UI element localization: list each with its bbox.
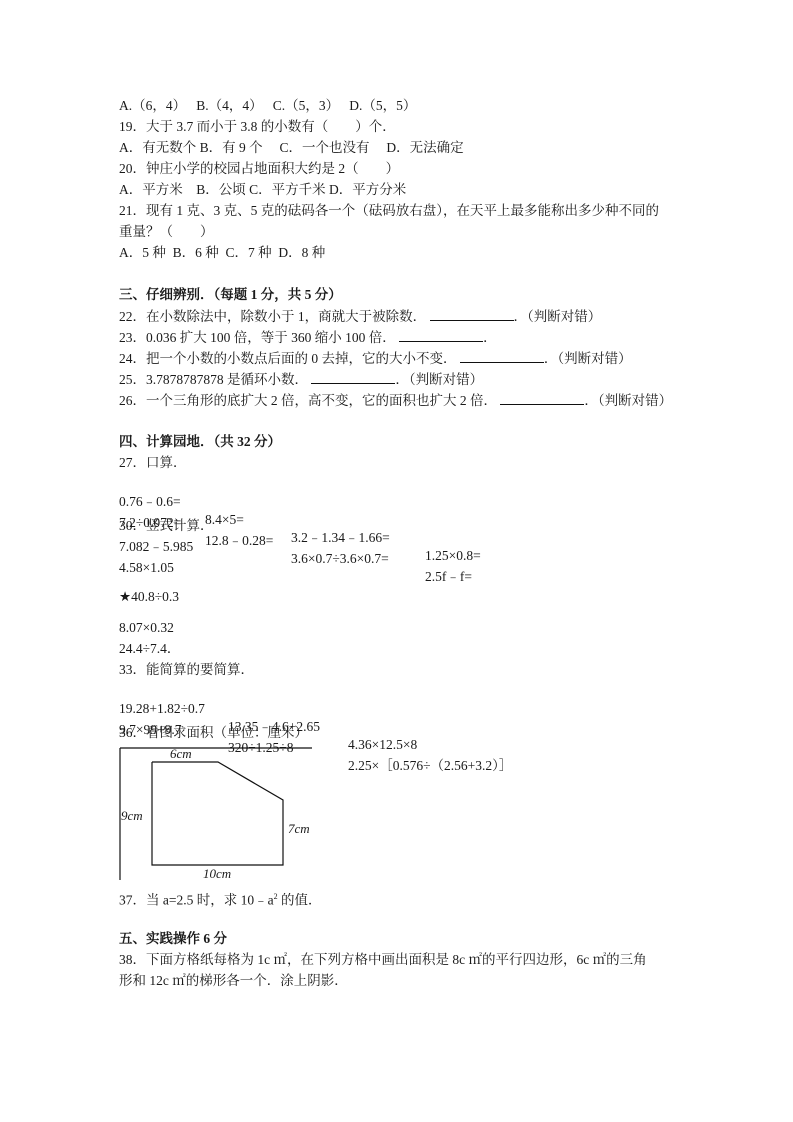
q38-line1: 38．下面方格纸每格为 1c ㎡，在下列方格中画出面积是 8c ㎡的平行四边形，… bbox=[119, 951, 647, 969]
label-bottom: 10cm bbox=[203, 866, 231, 882]
q38-line2: 形和 12c ㎡的梯形各一个．涂上阴影． bbox=[119, 972, 348, 990]
q37: 37．当 a=2.5 时，求 10﹣a2 的值． bbox=[119, 888, 321, 906]
pentagon-shape bbox=[152, 762, 283, 865]
label-right: 7cm bbox=[288, 821, 310, 837]
section5-title: 五、实践操作 6 分 bbox=[119, 930, 227, 948]
label-top: 6cm bbox=[170, 746, 192, 762]
label-left: 9cm bbox=[121, 808, 143, 824]
